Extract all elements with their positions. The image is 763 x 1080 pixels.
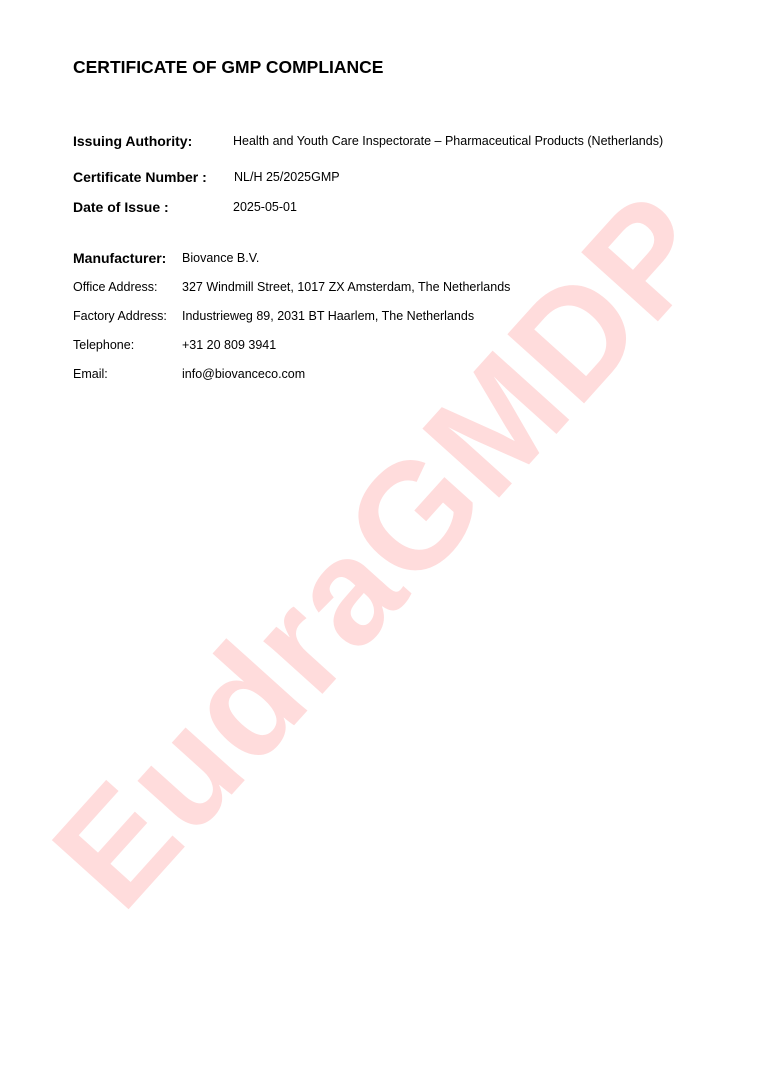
office-address-value: 327 Windmill Street, 1017 ZX Amsterdam, … — [182, 280, 510, 294]
telephone-value: +31 20 809 3941 — [182, 338, 276, 352]
manufacturer-label: Manufacturer: — [73, 250, 166, 266]
factory-address-value: Industrieweg 89, 2031 BT Haarlem, The Ne… — [182, 309, 474, 323]
telephone-label: Telephone: — [73, 338, 134, 352]
date-of-issue-label: Date of Issue : — [73, 199, 169, 215]
factory-address-label: Factory Address: — [73, 309, 167, 323]
email-value: info@biovanceco.com — [182, 367, 305, 381]
email-label: Email: — [73, 367, 108, 381]
date-of-issue-value: 2025-05-01 — [233, 200, 297, 214]
manufacturer-value: Biovance B.V. — [182, 251, 259, 265]
issuing-authority-value: Health and Youth Care Inspectorate – Pha… — [233, 134, 663, 148]
certificate-number-label: Certificate Number : — [73, 169, 207, 185]
document-title: CERTIFICATE OF GMP COMPLIANCE — [73, 57, 383, 78]
office-address-label: Office Address: — [73, 280, 158, 294]
certificate-number-value: NL/H 25/2025GMP — [234, 170, 340, 184]
issuing-authority-label: Issuing Authority: — [73, 133, 192, 149]
certificate-page: CERTIFICATE OF GMP COMPLIANCE Issuing Au… — [0, 0, 763, 1080]
